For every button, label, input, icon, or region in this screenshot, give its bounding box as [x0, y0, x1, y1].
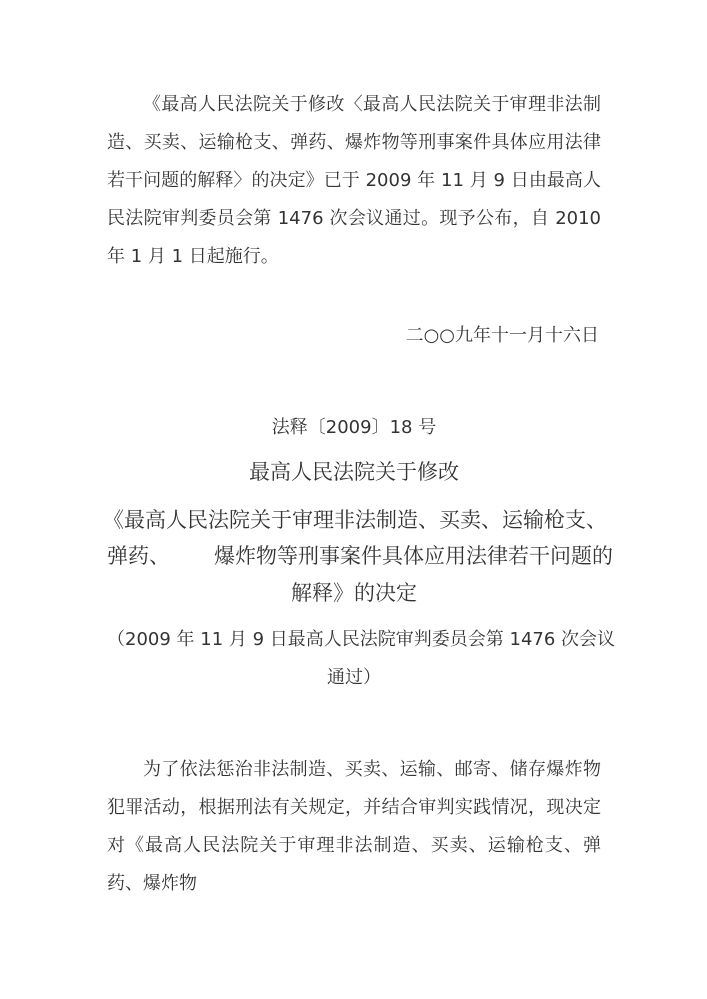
title-line-3-part-a: 弹药、	[107, 544, 170, 568]
intro-paragraph: 《最高人民法院关于修改〈最高人民法院关于审理非法制造、买卖、运输枪支、弹药、爆炸…	[107, 86, 601, 276]
adoption-note-line-1: （2009 年 11 月 9 日最高人民法院审判委员会第 1476 次会议	[107, 621, 601, 659]
document-number: 法释〔2009〕18 号	[107, 416, 601, 440]
title-line-2: 《最高人民法院关于审理非法制造、买卖、运输枪支、	[103, 502, 603, 539]
body-paragraph: 为了依法惩治非法制造、买卖、运输、邮寄、储存爆炸物犯罪活动，根据刑法有关规定，并…	[107, 751, 601, 903]
title-line-1: 最高人民法院关于修改	[107, 454, 601, 491]
title-line-4: 解释》的决定	[107, 575, 601, 612]
date-line: 二○○九年十一月十六日	[107, 324, 599, 348]
document-page: 《最高人民法院关于修改〈最高人民法院关于审理非法制造、买卖、运输枪支、弹药、爆炸…	[0, 0, 707, 999]
title-line-3: 弹药、爆炸物等刑事案件具体应用法律若干问题的	[107, 538, 601, 575]
title-line-3-part-b: 爆炸物等刑事案件具体应用法律若干问题的	[214, 544, 613, 568]
adoption-note-line-2: 通过）	[107, 659, 601, 697]
